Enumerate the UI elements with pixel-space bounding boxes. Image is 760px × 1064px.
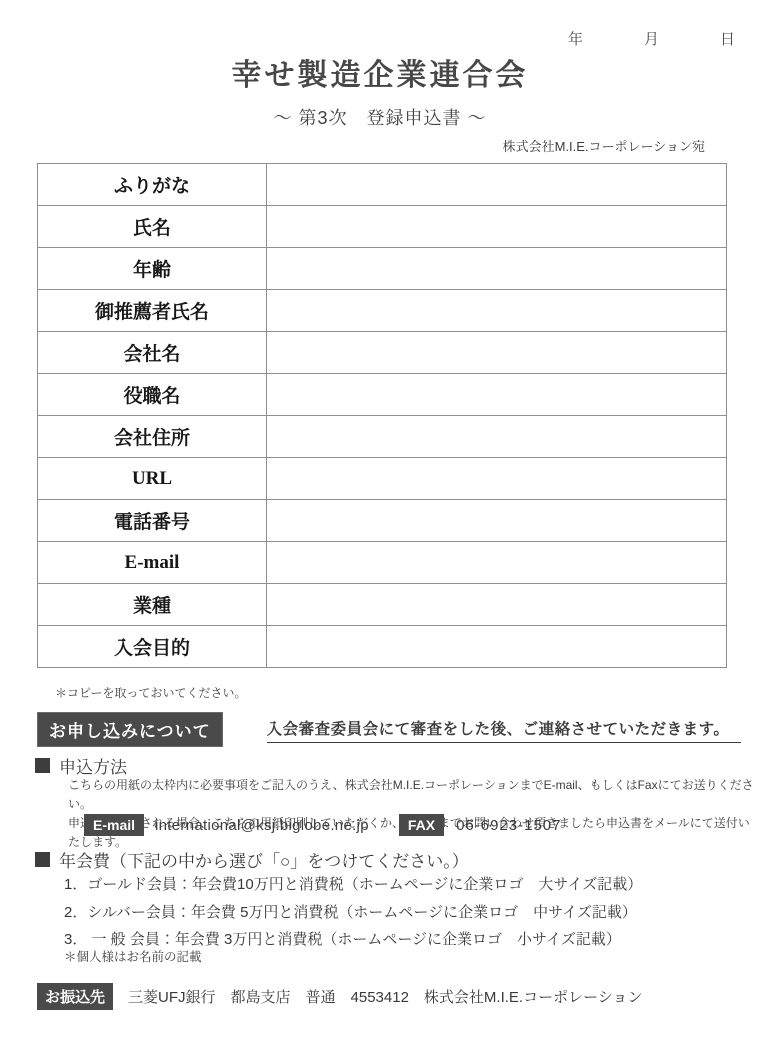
apply-badge: お申し込みについて: [37, 712, 223, 747]
instruction-line: こちらの用紙の太枠内に必要事項をご記入のうえ、株式会社M.I.E.コーポレーショ…: [68, 776, 760, 814]
black-square-icon: [35, 852, 50, 867]
row-value-email: [267, 542, 727, 584]
fax-badge: FAX: [399, 814, 444, 836]
date-day-label: 日: [720, 28, 736, 49]
individual-note: ＊個人様はお名前の記載: [64, 947, 202, 965]
fee-option-gold: 1．ゴールド会員：年会費10万円と消費税（ホームページに企業ロゴ 大サイズ記載）: [64, 871, 642, 899]
table-row: 役職名: [38, 374, 727, 416]
date-line: 年 月 日: [568, 28, 736, 49]
row-value-furigana: [267, 164, 727, 206]
page-title: 幸せ製造企業連合会: [0, 50, 760, 94]
row-label-industry: 業種: [38, 584, 267, 626]
row-label-name: 氏名: [38, 206, 267, 248]
black-square-icon: [35, 758, 50, 773]
fee-heading: 年会費（下記の中から選び「○」をつけてください。）: [35, 847, 469, 872]
row-label-url: URL: [38, 458, 267, 500]
row-label-phone: 電話番号: [38, 500, 267, 542]
row-label-age: 年齢: [38, 248, 267, 290]
review-notice: 入会審査委員会にて審査をした後、ご連絡させていただきます。: [267, 717, 742, 743]
application-form-table: ふりがな 氏名 年齢 御推薦者氏名 会社名 役職名 会社住所 URL 電話番号 …: [37, 163, 727, 668]
apply-method-heading: 申込方法: [35, 753, 127, 778]
row-value-name: [267, 206, 727, 248]
page-subtitle: ～ 第3次 登録申込書 ～: [0, 104, 760, 130]
date-year-label: 年: [568, 28, 584, 49]
table-row: 入会目的: [38, 626, 727, 668]
fee-heading-label: 年会費（下記の中から選び「○」をつけてください。）: [59, 847, 469, 872]
table-row: 年齢: [38, 248, 727, 290]
row-label-job-title: 役職名: [38, 374, 267, 416]
email-badge: E-mail: [84, 814, 144, 836]
table-row: 会社名: [38, 332, 727, 374]
fax-number: 06-6923-1507: [456, 817, 561, 834]
table-row: ふりがな: [38, 164, 727, 206]
row-label-company: 会社名: [38, 332, 267, 374]
addressee-line: 株式会社M.I.E.コーポレーション宛: [503, 136, 705, 155]
row-value-url: [267, 458, 727, 500]
row-value-phone: [267, 500, 727, 542]
table-row: E-mail: [38, 542, 727, 584]
row-value-recommender: [267, 290, 727, 332]
table-row: 会社住所: [38, 416, 727, 458]
row-value-industry: [267, 584, 727, 626]
row-value-purpose: [267, 626, 727, 668]
row-label-purpose: 入会目的: [38, 626, 267, 668]
fee-options: 1．ゴールド会員：年会費10万円と消費税（ホームページに企業ロゴ 大サイズ記載）…: [64, 871, 642, 954]
table-row: 電話番号: [38, 500, 727, 542]
row-value-company-address: [267, 416, 727, 458]
copy-note: ＊コピーを取っておいてください。: [55, 684, 247, 701]
contact-row: E-mail international@ksj.biglobe.ne.jp F…: [84, 814, 562, 836]
table-row: 業種: [38, 584, 727, 626]
apply-method-heading-label: 申込方法: [59, 753, 127, 778]
fee-option-silver: 2．シルバー会員：年会費 5万円と消費税（ホームページに企業ロゴ 中サイズ記載）: [64, 899, 642, 927]
date-month-label: 月: [644, 28, 660, 49]
apply-section-header: お申し込みについて 入会審査委員会にて審査をした後、ご連絡させていただきます。: [37, 712, 741, 747]
row-label-furigana: ふりがな: [38, 164, 267, 206]
registration-form-page: 年 月 日 幸せ製造企業連合会 ～ 第3次 登録申込書 ～ 株式会社M.I.E.…: [0, 0, 760, 1064]
table-row: URL: [38, 458, 727, 500]
row-label-recommender: 御推薦者氏名: [38, 290, 267, 332]
bank-transfer-row: お振込先 三菱UFJ銀行 都島支店 普通 4553412 株式会社M.I.E.コ…: [37, 983, 642, 1010]
row-value-job-title: [267, 374, 727, 416]
table-row: 御推薦者氏名: [38, 290, 727, 332]
row-value-age: [267, 248, 727, 290]
bank-badge: お振込先: [37, 983, 113, 1010]
bank-details: 三菱UFJ銀行 都島支店 普通 4553412 株式会社M.I.E.コーポレーシ…: [128, 986, 642, 1007]
row-value-company: [267, 332, 727, 374]
email-address: international@ksj.biglobe.ne.jp: [155, 817, 369, 834]
row-label-email: E-mail: [38, 542, 267, 584]
row-label-company-address: 会社住所: [38, 416, 267, 458]
table-row: 氏名: [38, 206, 727, 248]
